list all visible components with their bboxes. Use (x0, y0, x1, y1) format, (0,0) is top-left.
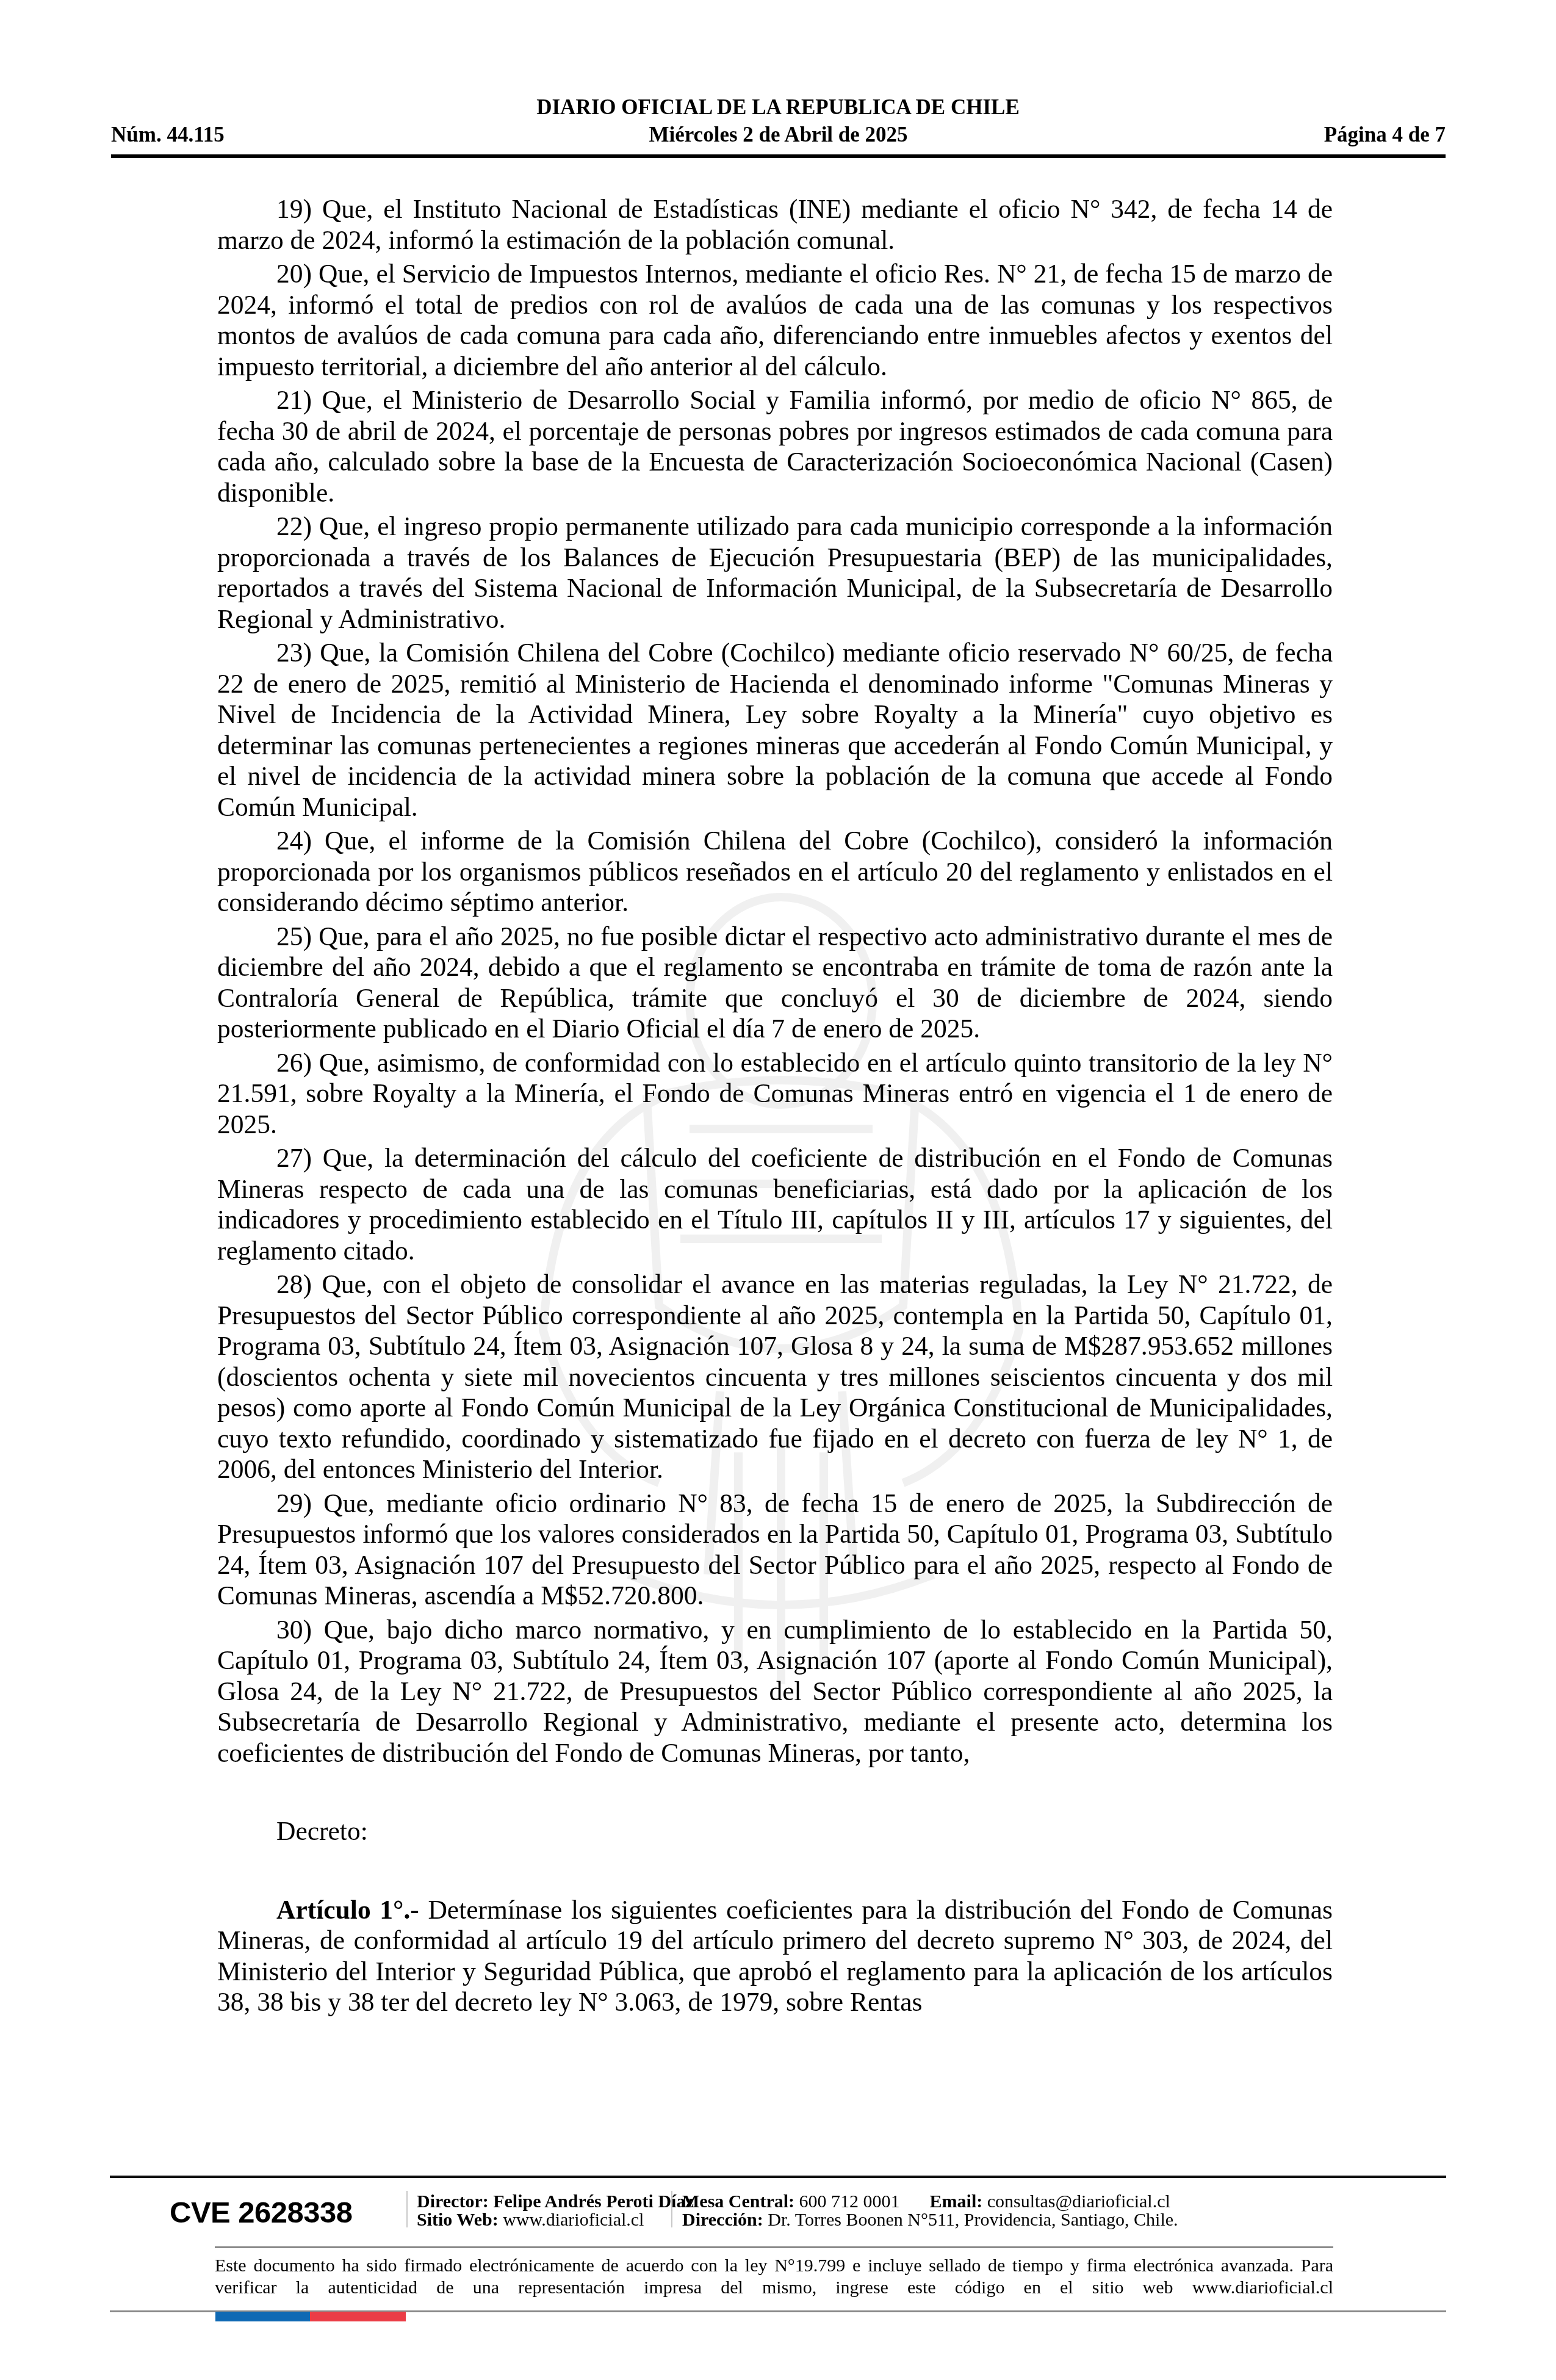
considerando-30: 30) Que, bajo dicho marco normativo, y e… (217, 1615, 1333, 1769)
director-name: Felipe Andrés Peroti Díaz (489, 2191, 694, 2212)
footer-separator (671, 2191, 672, 2227)
footer-divider-top (110, 2176, 1446, 2178)
email-label: Email: (930, 2191, 983, 2212)
director-label: Director: (417, 2191, 489, 2212)
cve-code: CVE 2628338 (170, 2196, 353, 2230)
phone-label: Mesa Central: (682, 2191, 794, 2212)
flag-stripe-blue (215, 2312, 310, 2321)
article-1-label: Artículo 1°.- (276, 1895, 419, 1925)
page-indicator: Página 4 de 7 (1324, 122, 1446, 148)
phone-number: 600 712 0001 (794, 2191, 900, 2212)
considerando-27: 27) Que, la determinación del cálculo de… (217, 1143, 1333, 1266)
considerando-26: 26) Que, asimismo, de conformidad con lo… (217, 1048, 1333, 1141)
footer-divider-middle (215, 2246, 1333, 2248)
considerando-21: 21) Que, el Ministerio de Desarrollo Soc… (217, 385, 1333, 508)
footer-contact-block: Mesa Central: 600 712 0001 Email: consul… (682, 2193, 1178, 2229)
document-body: 19) Que, el Instituto Nacional de Estadí… (217, 194, 1333, 2021)
considerando-22: 22) Que, el ingreso propio permanente ut… (217, 511, 1333, 635)
considerando-25: 25) Que, para el año 2025, no fue posibl… (217, 921, 1333, 1045)
address-label: Dirección: (682, 2210, 763, 2230)
website-label: Sitio Web: (417, 2210, 499, 2230)
considerando-28: 28) Que, con el objeto de consolidar el … (217, 1269, 1333, 1485)
considerando-23: 23) Que, la Comisión Chilena del Cobre (… (217, 638, 1333, 823)
footer-director-block: Director: Felipe Andrés Peroti Díaz Siti… (417, 2193, 694, 2229)
article-1: Artículo 1°.- Determínase los siguientes… (217, 1895, 1333, 2018)
flag-stripe-red (310, 2312, 406, 2321)
header-meta-row: Núm. 44.115 Miércoles 2 de Abril de 2025… (111, 122, 1446, 148)
considerando-29: 29) Que, mediante oficio ordinario N° 83… (217, 1488, 1333, 1612)
decreto-heading: Decreto: (217, 1816, 1333, 1847)
header-divider (111, 154, 1446, 158)
publication-title: DIARIO OFICIAL DE LA REPUBLICA DE CHILE (0, 95, 1556, 120)
footer-separator (406, 2191, 408, 2227)
publication-date: Miércoles 2 de Abril de 2025 (111, 122, 1446, 148)
website-link[interactable]: www.diarioficial.cl (499, 2210, 644, 2230)
email-link[interactable]: consultas@diarioficial.cl (982, 2191, 1170, 2212)
considerando-20: 20) Que, el Servicio de Impuestos Intern… (217, 259, 1333, 382)
considerando-19: 19) Que, el Instituto Nacional de Estadí… (217, 194, 1333, 256)
electronic-signature-note: Este documento ha sido firmado electróni… (215, 2255, 1333, 2299)
considerando-24: 24) Que, el informe de la Comisión Chile… (217, 826, 1333, 918)
address-value: Dr. Torres Boonen N°511, Providencia, Sa… (763, 2210, 1178, 2230)
